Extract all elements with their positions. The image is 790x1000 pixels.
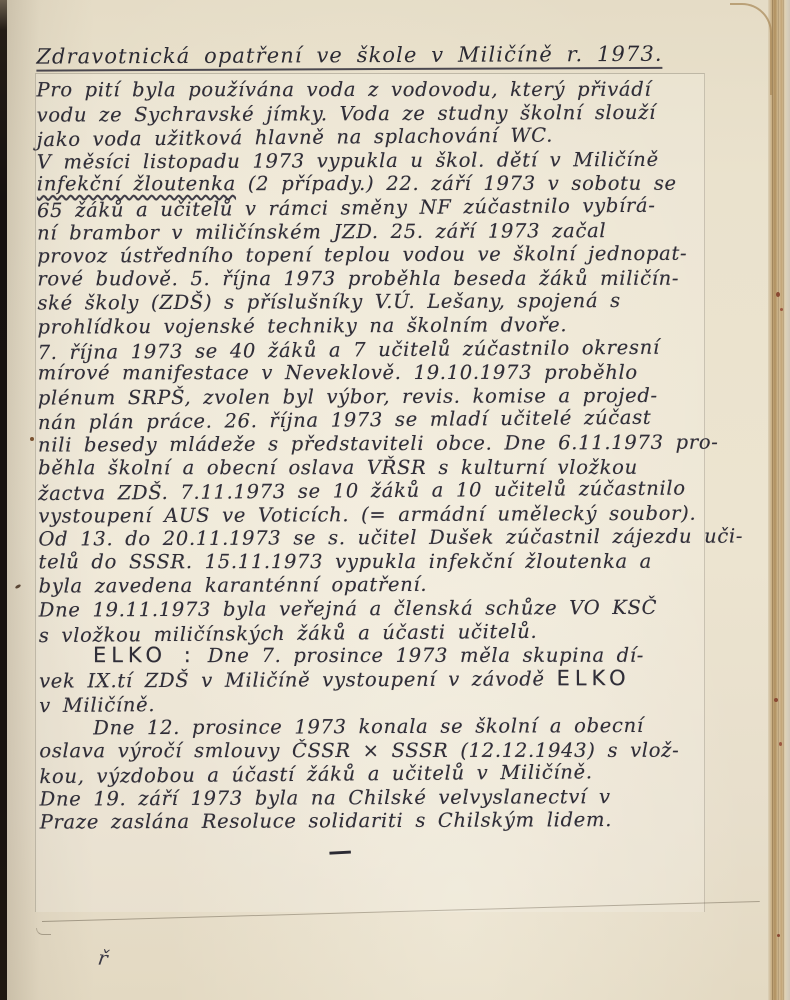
end-dash: — <box>327 835 352 865</box>
handwritten-segment: Dne 19.11.1973 byla veřejná a členská sc… <box>39 596 658 622</box>
page-stack-edge <box>768 0 790 1000</box>
handwritten-content: Zdravotnická opatření ve škole v Miličín… <box>36 38 754 834</box>
handwritten-segment: Praze zaslána Resoluce solidariti s Chil… <box>40 808 612 833</box>
handwritten-segment: oslava výročí smlouvy ČSSR × SSSR (12.12… <box>39 738 679 762</box>
page-edge-hairline <box>772 0 773 1000</box>
handwritten-line: Dne 12. prosince 1973 konala se školní a… <box>93 713 754 739</box>
handwritten-segment: běhla školní a obecní oslava VŘSR s kult… <box>38 455 638 479</box>
handwritten-line: infekční žloutenka (2 případy.) 22. září… <box>37 172 752 196</box>
handwritten-segment: nili besedy mládeže s představiteli obce… <box>38 430 719 456</box>
handwritten-line: Pro pití byla používána voda z vodovodu,… <box>36 78 751 102</box>
handwritten-line: V měsíci listopadu 1973 vypukla u škol. … <box>37 147 752 174</box>
handwritten-line: ELKO : Dne 7. prosince 1973 měla skupina… <box>93 644 754 668</box>
handwritten-segment: ELKO : <box>93 643 196 667</box>
paper-speck <box>780 308 783 311</box>
handwritten-line: vystoupení AUS ve Voticích. (= armádní u… <box>38 501 753 528</box>
paper-speck <box>774 698 778 702</box>
handwritten-segment: jako voda užitková hlavně na splachování… <box>37 124 554 152</box>
handwritten-segment: Dne 12. prosince 1973 konala se školní a… <box>93 714 644 739</box>
handwritten-line: byla zavedena karanténní opatření. <box>39 572 754 599</box>
handwritten-segment: Dne 19. září 1973 byla na Chilské velvys… <box>40 785 611 810</box>
page-title: Zdravotnická opatření ve škole v Miličín… <box>36 38 751 71</box>
handwritten-line: Praze zaslána Resoluce solidariti s Chil… <box>40 808 755 835</box>
handwritten-segment: Dne 7. prosince 1973 měla skupina dí- <box>196 644 644 667</box>
page-edge-hairline <box>783 0 784 1000</box>
book-binding-edge <box>0 0 7 1000</box>
pencil-rule-hook <box>36 928 51 935</box>
chronicle-page-photo: Zdravotnická opatření ve škole v Miličín… <box>0 0 790 1000</box>
page-title-text: Zdravotnická opatření ve škole v Miličín… <box>36 42 662 72</box>
handwritten-line: nili besedy mládeže s představiteli obce… <box>38 430 753 457</box>
handwritten-segment: Pro pití byla používána voda z vodovodu,… <box>36 78 651 102</box>
handwritten-segment: Od 13. do 20.11.1973 se s. učitel Dušek … <box>38 525 743 551</box>
handwritten-body: Pro pití byla používána voda z vodovodu,… <box>36 76 754 834</box>
handwritten-segment: ské školy (ZDŠ) s příslušníky V.Ú. Lešan… <box>37 289 621 315</box>
handwritten-segment: provoz ústředního topení teplou vodou ve… <box>37 242 687 268</box>
handwritten-segment: v Miličíně. <box>39 694 155 718</box>
handwritten-segment: žactva ZDŠ. 7.11.1973 se 10 žáků a 10 uč… <box>38 477 686 506</box>
margin-check-mark: ř <box>96 945 109 970</box>
handwritten-segment: plénum SRPŠ, zvolen byl výbor, revis. ko… <box>38 384 658 410</box>
handwritten-line: ské školy (ZDŠ) s příslušníky V.Ú. Lešan… <box>37 289 752 316</box>
handwritten-segment: nán plán práce. 26. října 1973 se mladí … <box>38 406 652 434</box>
handwritten-line: telů do SSSR. 15.11.1973 vypukla infekčn… <box>39 550 754 574</box>
handwritten-line: ní brambor v miličínském JZD. 25. září 1… <box>37 218 752 245</box>
handwritten-line: Od 13. do 20.11.1973 se s. učitel Dušek … <box>38 525 753 552</box>
handwritten-segment: telů do SSSR. 15.11.1973 vypukla infekčn… <box>39 550 652 574</box>
paper-speck <box>776 292 780 297</box>
handwritten-line: mírové manifestace v Neveklově. 19.10.19… <box>38 361 753 385</box>
handwritten-segment: mírové manifestace v Neveklově. 19.10.19… <box>38 361 638 385</box>
handwritten-segment: 65 žáků a učitelů v rámci směny NF zúčas… <box>37 194 656 222</box>
page-edge-hairline <box>778 0 779 1000</box>
handwritten-segment: 7. října 1973 se 40 žáků a 7 učitelů zúč… <box>38 335 660 363</box>
handwritten-line: provoz ústředního topení teplou vodou ve… <box>37 242 752 269</box>
handwritten-line: Dne 19. září 1973 byla na Chilské velvys… <box>40 784 755 811</box>
handwritten-segment: vystoupení AUS ve Voticích. (= armádní u… <box>38 501 696 527</box>
handwritten-segment: rové budově. 5. října 1973 proběhla bese… <box>37 267 679 291</box>
handwritten-segment: (2 případy.) 22. září 1973 v sobotu se <box>236 172 677 195</box>
handwritten-segment: ELKO <box>557 666 631 690</box>
handwritten-segment: ní brambor v miličínském JZD. 25. září 1… <box>37 219 606 244</box>
handwritten-segment: V měsíci listopadu 1973 vypukla u škol. … <box>37 148 659 174</box>
handwritten-segment: infekční žloutenka <box>37 173 236 196</box>
ink-speck <box>15 584 22 590</box>
paper-speck <box>779 742 782 746</box>
handwritten-line: 7. října 1973 se 40 žáků a 7 učitelů zúč… <box>38 334 753 364</box>
handwritten-segment: prohlídkou vojenské techniky na školním … <box>37 313 567 338</box>
handwritten-segment: vodu ze Sychravské jímky. Voda ze studny… <box>37 100 657 126</box>
paper-speck <box>777 934 780 937</box>
handwritten-segment: kou, výzdobou a účastí žáků a učitelů v … <box>39 761 592 789</box>
handwritten-line: běhla školní a obecní oslava VŘSR s kult… <box>38 455 753 479</box>
handwritten-segment: vek IX.tí ZDŠ v Miličíně vystoupení v zá… <box>39 667 557 692</box>
handwritten-segment: byla zavedena karanténní opatření. <box>39 573 428 598</box>
ink-speck <box>30 437 34 441</box>
handwritten-line: rové budově. 5. října 1973 proběhla bese… <box>37 266 752 290</box>
